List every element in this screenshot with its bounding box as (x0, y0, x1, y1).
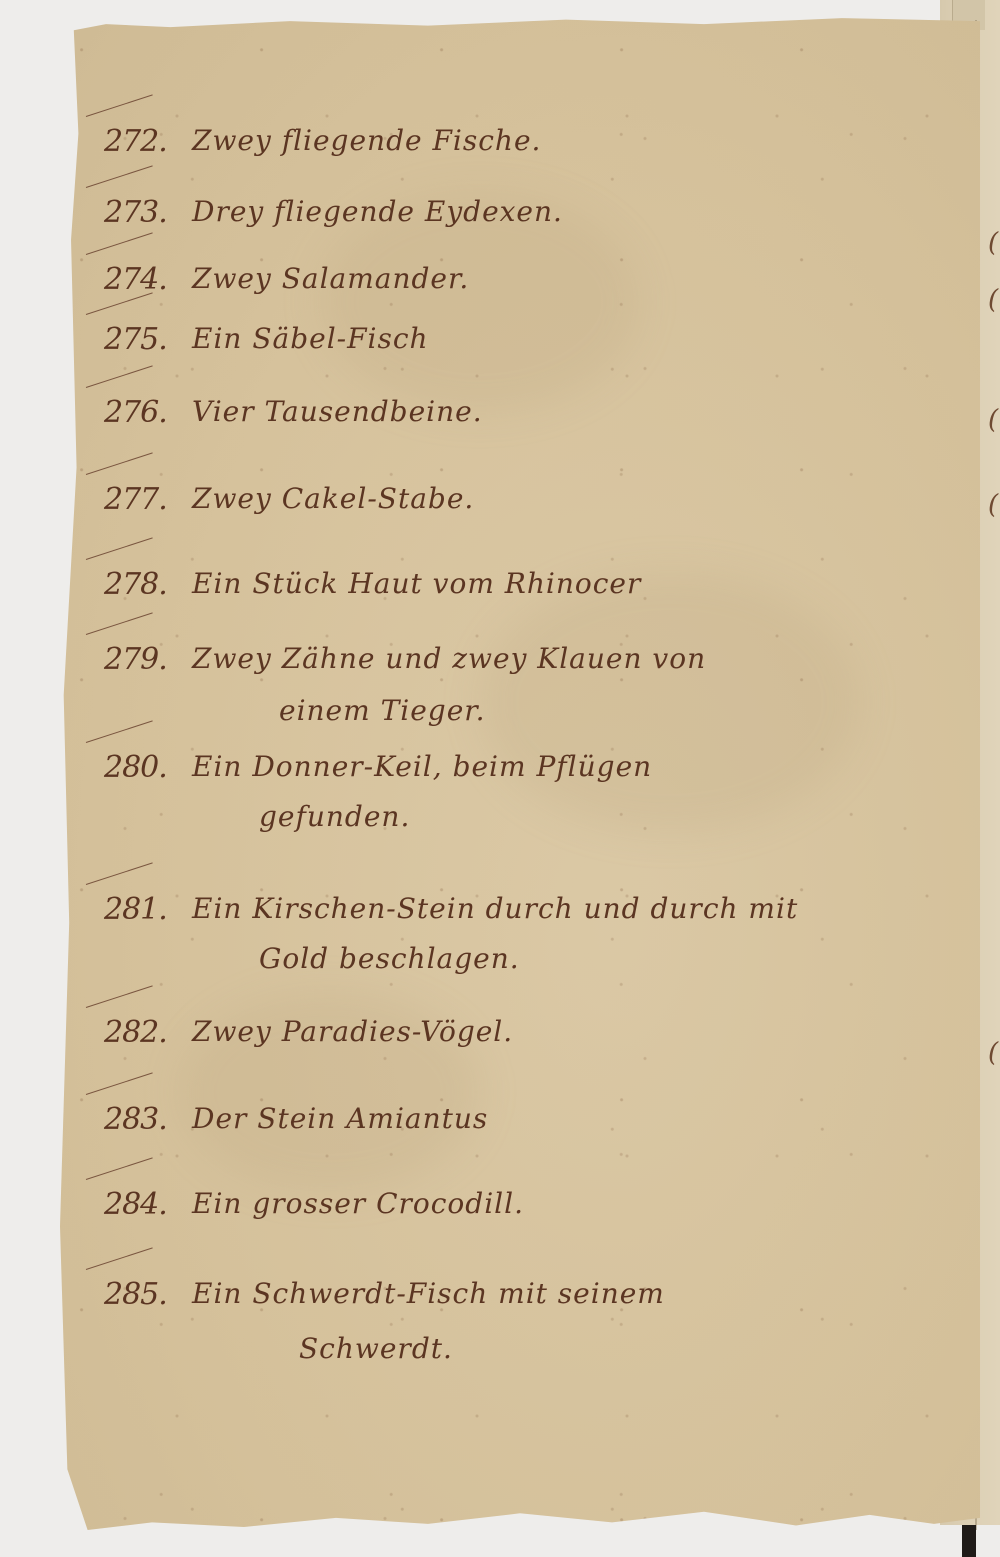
adjacent-page-mark: ( (988, 405, 998, 435)
entry-text: Ein grosser Crocodill. (192, 1187, 524, 1220)
entry-tick-mark (86, 985, 153, 1008)
entry-number: 280. (104, 750, 167, 785)
entry-text: Ein Donner-Keil, beim Pflügen (192, 750, 652, 783)
entry-number: 277. (104, 482, 167, 517)
paper-stain (480, 572, 860, 832)
entry-continuation: Schwerdt. (299, 1332, 453, 1365)
entry-number: 285. (104, 1277, 167, 1312)
entry-continuation: einem Tieger. (279, 694, 485, 727)
entry-text: Zwey Zähne und zwey Klauen von (192, 642, 706, 675)
entry-number: 283. (104, 1102, 167, 1137)
paper-stain (180, 992, 480, 1192)
entry-text: Ein Säbel-Fisch (192, 322, 429, 355)
entry-tick-mark (86, 862, 153, 885)
entry-tick-mark (86, 365, 153, 388)
entry-number: 281. (104, 892, 167, 927)
entry-text: Zwey Paradies-Vögel. (192, 1015, 513, 1048)
entry-tick-mark (86, 1247, 153, 1270)
entry-tick-mark (86, 292, 153, 315)
entry-number: 276. (104, 395, 167, 430)
binding-shadow (962, 1525, 976, 1557)
entry-tick-mark (86, 165, 153, 188)
entry-number: 279. (104, 642, 167, 677)
entry-tick-mark (86, 612, 153, 635)
entry-text: Ein Stück Haut vom Rhinocer (192, 567, 641, 600)
entry-list: 272. Zwey fliegende Fische. 273. Drey fl… (60, 12, 980, 1530)
entry-text: Drey fliegende Eydexen. (192, 195, 563, 228)
entry-tick-mark (86, 720, 153, 743)
adjacent-page-mark: ( (988, 1038, 998, 1068)
entry-tick-mark (86, 232, 153, 255)
entry-number: 282. (104, 1015, 167, 1050)
manuscript-page: 272. Zwey fliegende Fische. 273. Drey fl… (60, 12, 980, 1530)
adjacent-page-mark: ( (988, 228, 998, 258)
entry-text: Der Stein Amiantus (192, 1102, 488, 1135)
entry-tick-mark (86, 1072, 153, 1095)
entry-number: 274. (104, 262, 167, 297)
entry-number: 278. (104, 567, 167, 602)
entry-number: 275. (104, 322, 167, 357)
entry-tick-mark (86, 94, 153, 117)
entry-text: Ein Schwerdt-Fisch mit seinem (192, 1277, 665, 1310)
entry-text: Ein Kirschen-Stein durch und durch mit (192, 892, 798, 925)
entry-number: 273. (104, 195, 167, 230)
adjacent-page-mark: ( (988, 490, 998, 520)
entry-number: 272. (104, 124, 167, 159)
entry-continuation: Gold beschlagen. (259, 942, 520, 975)
entry-text: Zwey fliegende Fische. (192, 124, 541, 157)
entry-tick-mark (86, 1157, 153, 1180)
entry-text: Zwey Cakel-Stabe. (192, 482, 474, 515)
entry-number: 284. (104, 1187, 167, 1222)
entry-continuation: gefunden. (259, 800, 410, 833)
entry-tick-mark (86, 537, 153, 560)
entry-text: Vier Tausendbeine. (192, 395, 483, 428)
paper-stain (320, 192, 640, 412)
entry-tick-mark (86, 452, 153, 475)
entry-text: Zwey Salamander. (192, 262, 469, 295)
adjacent-page-mark: ( (988, 285, 998, 315)
